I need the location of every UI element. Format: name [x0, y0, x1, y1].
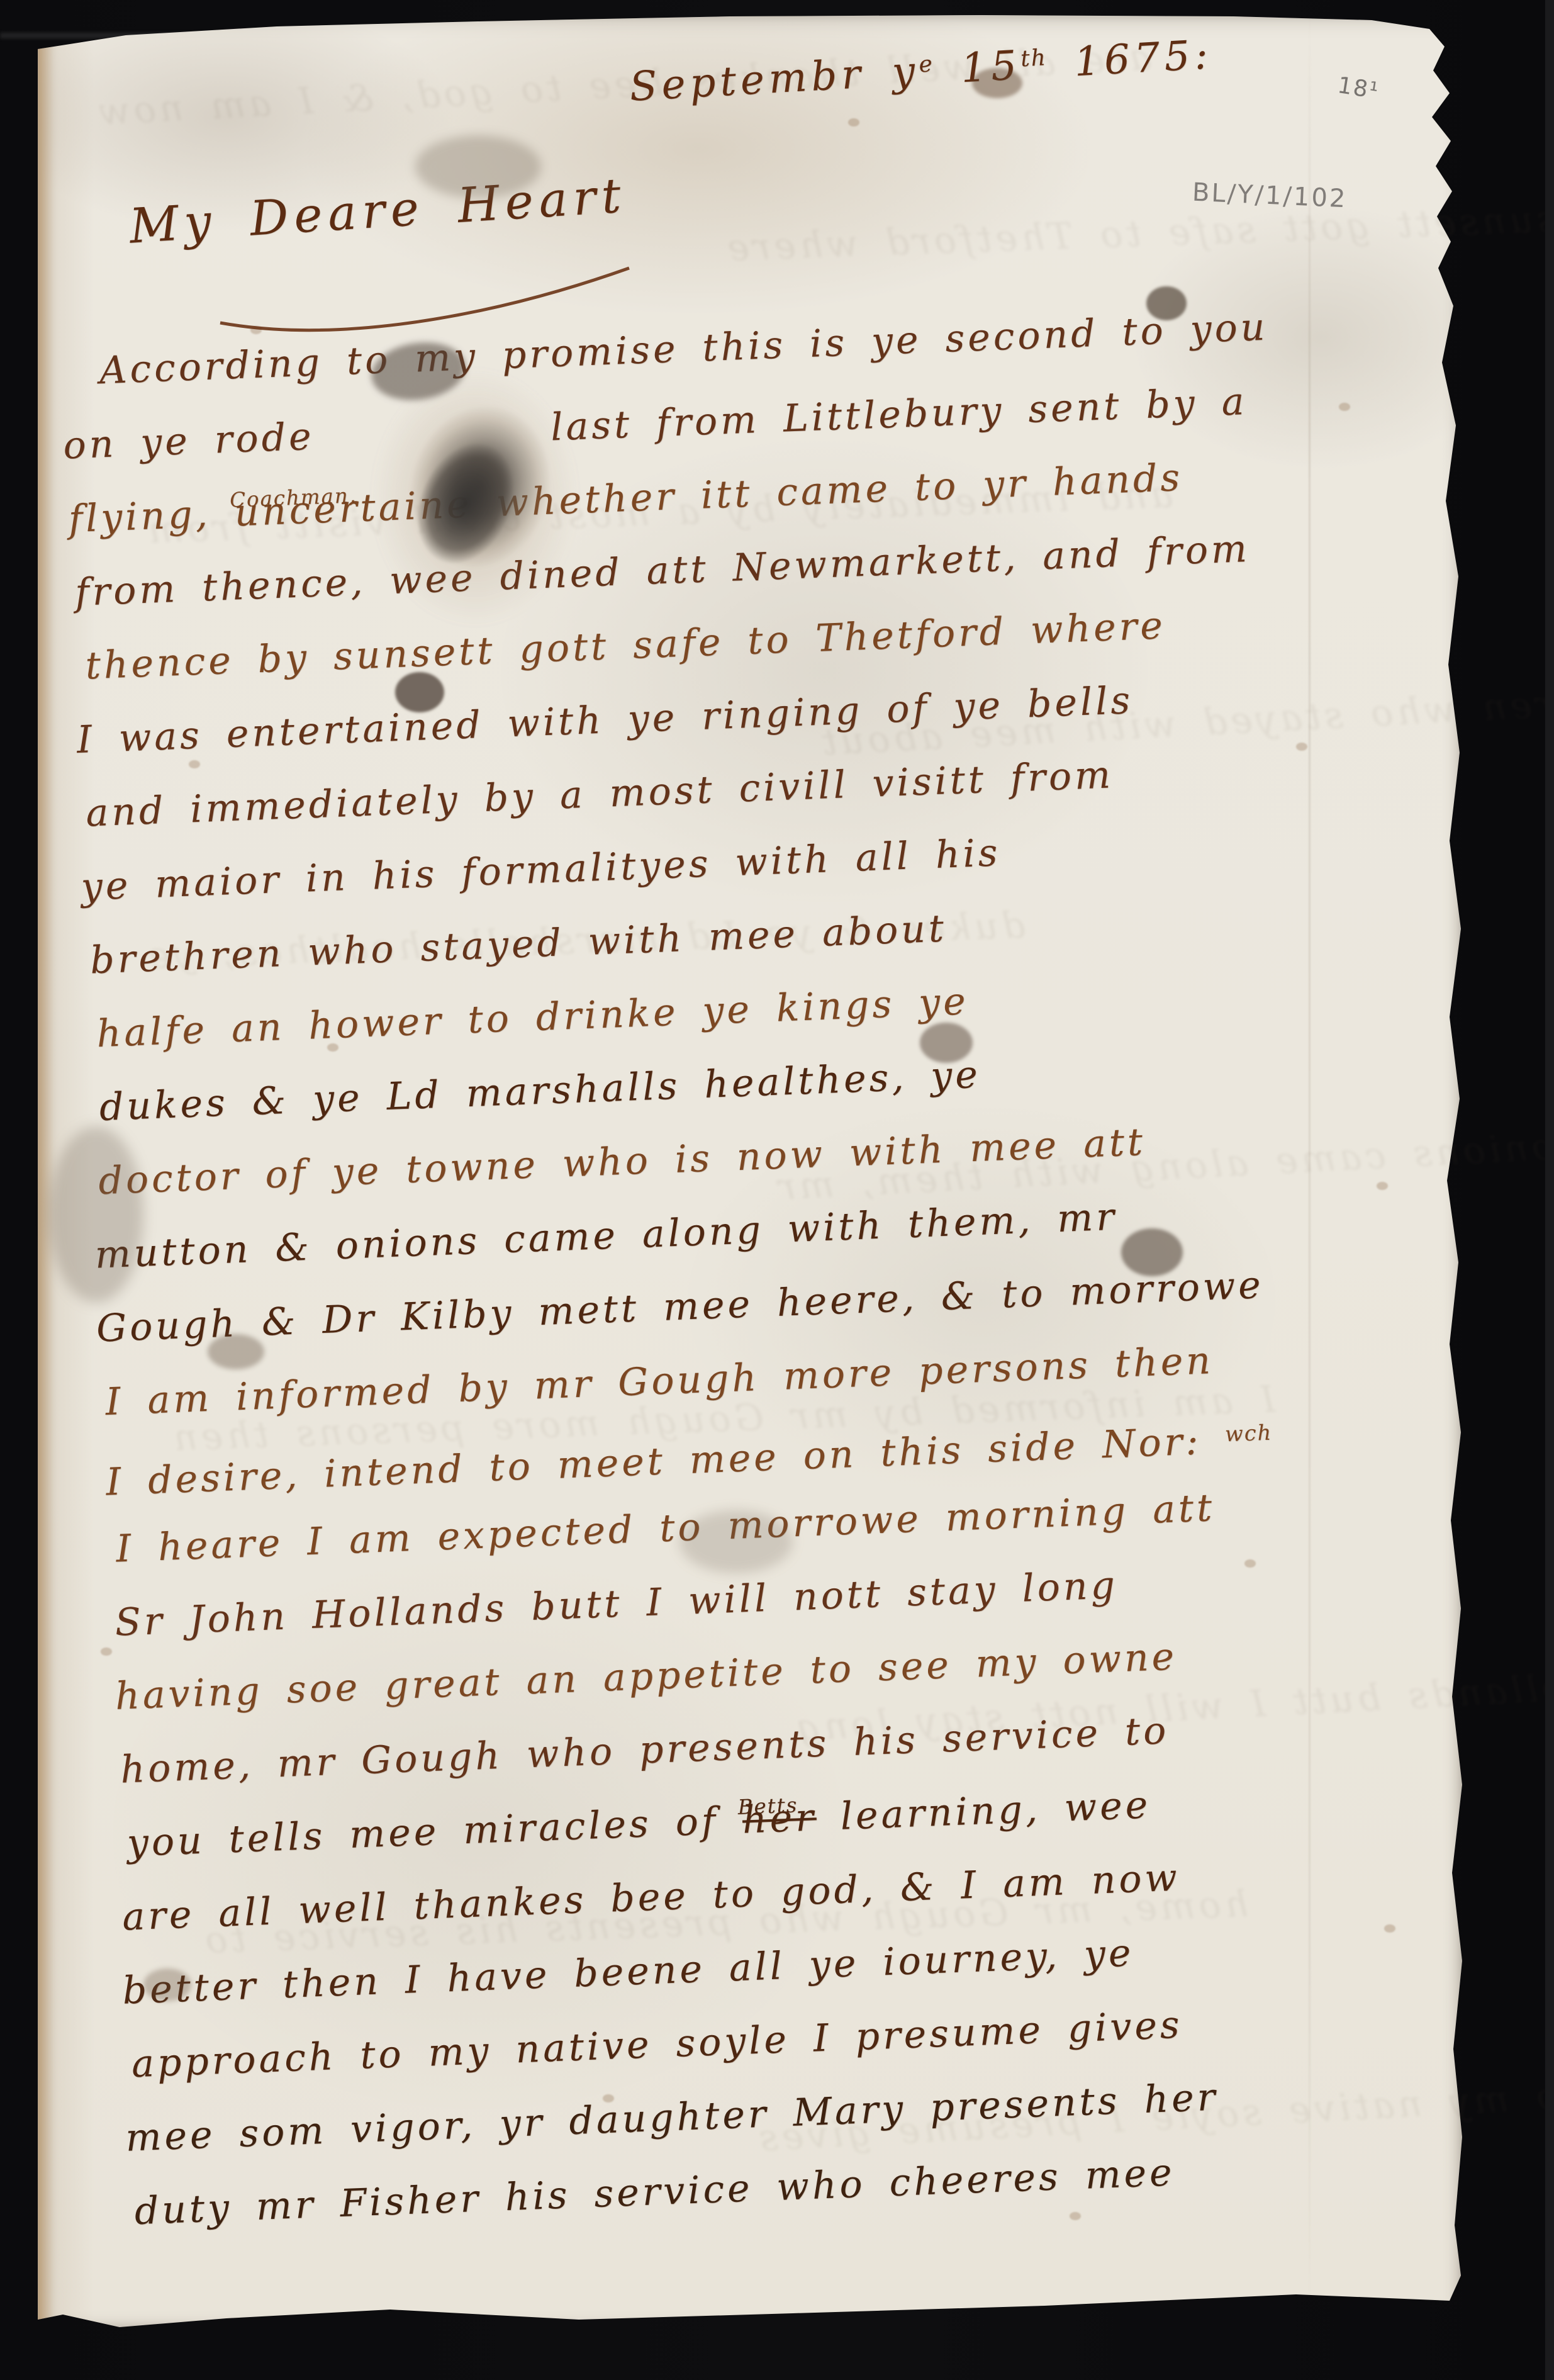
interlineation: Betts	[737, 1769, 800, 1845]
ink-spot	[972, 68, 1022, 98]
scanned-letter-page: are all well thankes bee to god, & I am …	[0, 0, 1554, 2380]
paper-deckle-edge	[38, 10, 54, 2331]
ink-spot	[1146, 286, 1187, 320]
ink-spot	[208, 1334, 264, 1369]
ink-spot	[920, 1023, 973, 1063]
ink-smudge	[415, 135, 541, 198]
foxing-speck	[848, 118, 859, 126]
ink-smudge	[49, 1126, 143, 1303]
letter-body: According to my promise this is ye secon…	[54, 285, 1484, 2249]
ink-spot	[395, 672, 444, 712]
interlineation: Coachman,	[228, 459, 358, 537]
ink-spot	[143, 1968, 191, 2001]
ink-smudge	[679, 1510, 793, 1573]
ink-spot	[1121, 1228, 1183, 1276]
scan-edge-strip	[1545, 0, 1554, 2380]
